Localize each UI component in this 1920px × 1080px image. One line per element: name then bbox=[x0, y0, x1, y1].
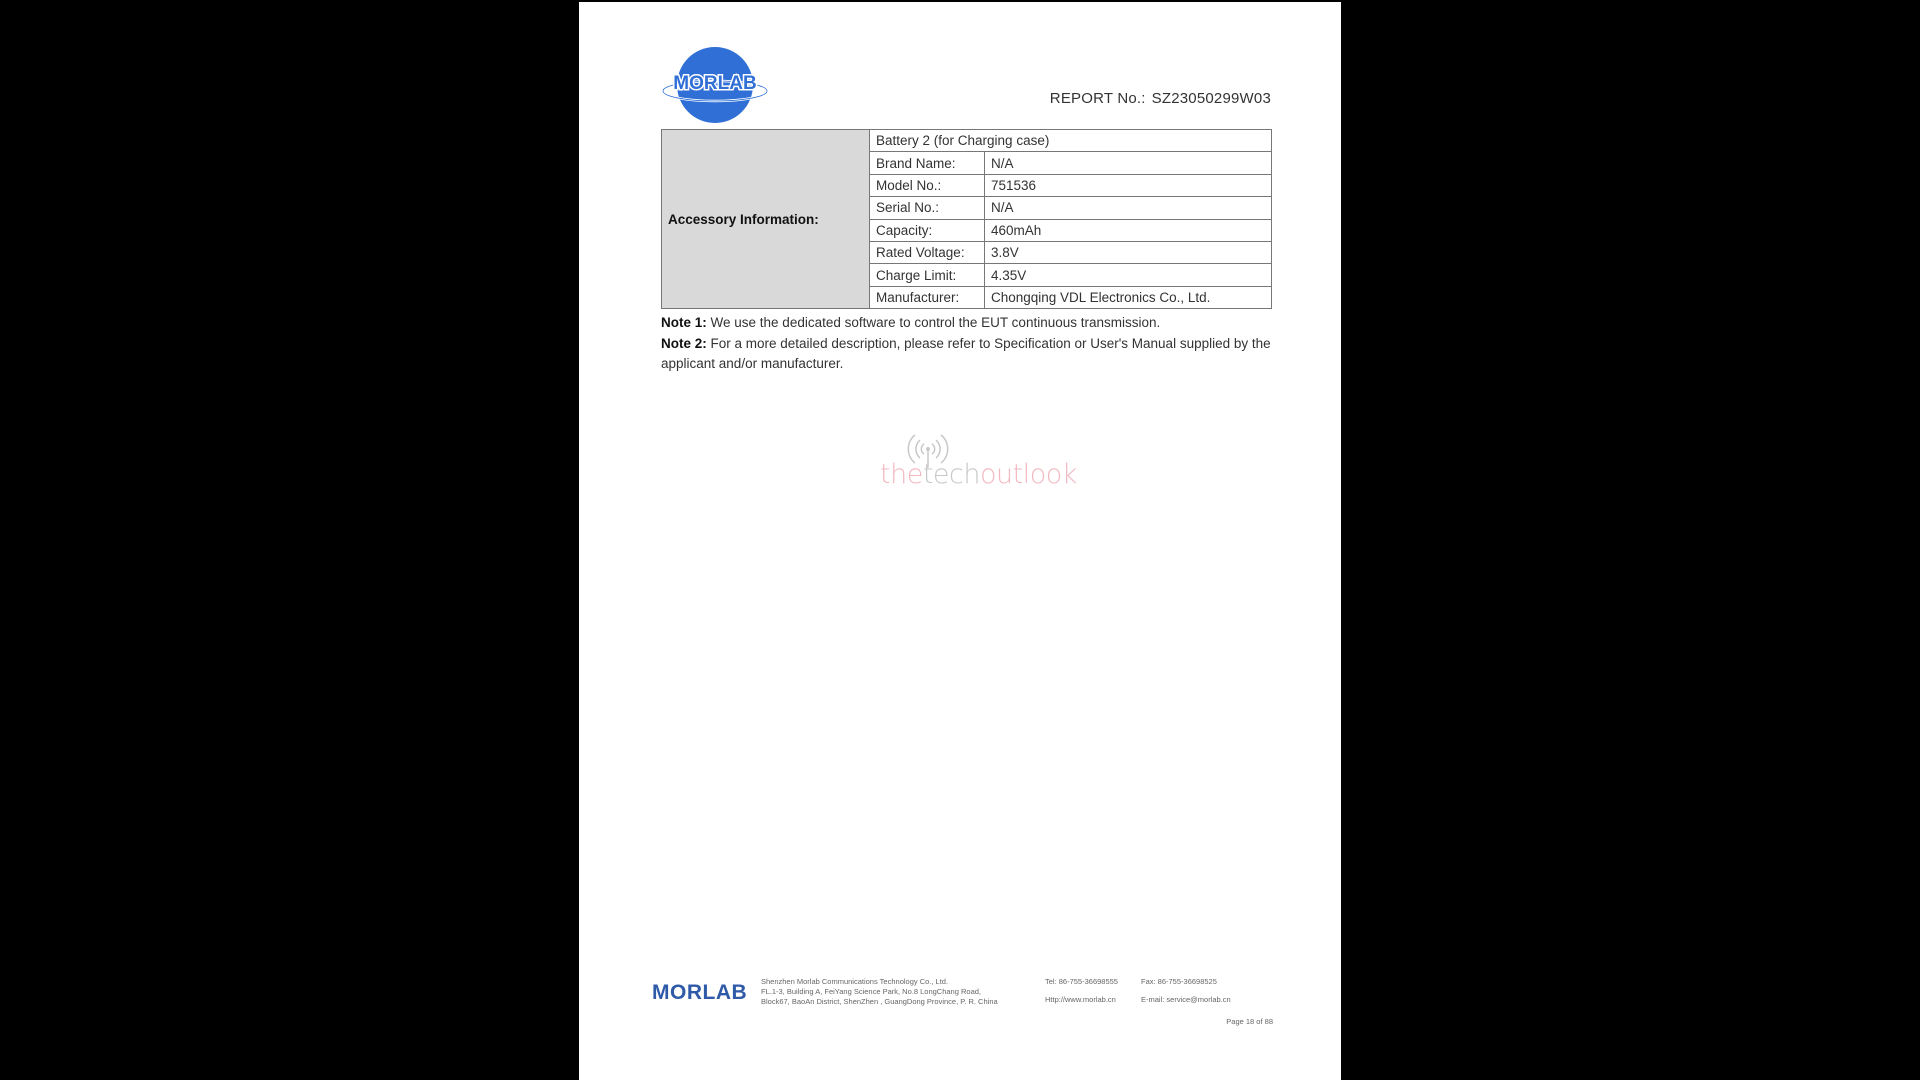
svg-text:MORLAB: MORLAB bbox=[673, 73, 756, 94]
footer-address: Shenzhen Morlab Communications Technolog… bbox=[761, 977, 998, 1007]
row-value: 4.35V bbox=[985, 264, 1272, 286]
note-label: Note 1: bbox=[661, 315, 707, 330]
footer-logo: MORLAB bbox=[652, 981, 747, 1005]
row-label: Serial No.: bbox=[870, 197, 985, 219]
note-2: Note 2: For a more detailed description,… bbox=[661, 334, 1276, 375]
row-label: Charge Limit: bbox=[870, 264, 985, 286]
note-1: Note 1: We use the dedicated software to… bbox=[661, 313, 1276, 334]
row-value: 751536 bbox=[985, 174, 1272, 196]
report-number: REPORT No.:SZ23050299W03 bbox=[1050, 90, 1271, 107]
row-value: N/A bbox=[985, 152, 1272, 174]
accessory-info-table: Accessory Information: Battery 2 (for Ch… bbox=[661, 129, 1272, 309]
watermark-text: thetechoutlook bbox=[880, 459, 1077, 490]
document-page: MORLAB REPORT No.:SZ23050299W03 Accessor… bbox=[579, 2, 1341, 1080]
row-value: Chongqing VDL Electronics Co., Ltd. bbox=[985, 286, 1272, 308]
notes: Note 1: We use the dedicated software to… bbox=[661, 313, 1276, 375]
watermark: thetechoutlook bbox=[880, 432, 1050, 492]
morlab-logo: MORLAB bbox=[662, 45, 772, 125]
accessory-title: Battery 2 (for Charging case) bbox=[870, 130, 1272, 152]
report-number-label: REPORT No.: bbox=[1050, 90, 1146, 107]
footer-email-link[interactable]: E-mail: service@morlab.cn bbox=[1141, 995, 1231, 1004]
page-number: Page 18 of 88 bbox=[1226, 1017, 1273, 1026]
note-label: Note 2: bbox=[661, 336, 707, 351]
row-value: 3.8V bbox=[985, 241, 1272, 263]
row-label: Model No.: bbox=[870, 174, 985, 196]
row-label: Manufacturer: bbox=[870, 286, 985, 308]
footer-tel: Tel: 86-755-36698555 bbox=[1045, 977, 1118, 986]
table-row: Accessory Information: Battery 2 (for Ch… bbox=[662, 130, 1272, 152]
note-text: We use the dedicated software to control… bbox=[707, 315, 1161, 330]
note-text: For a more detailed description, please … bbox=[661, 336, 1271, 372]
row-value: 460mAh bbox=[985, 219, 1272, 241]
report-number-value: SZ23050299W03 bbox=[1152, 90, 1271, 107]
footer-website-link[interactable]: Http://www.morlab.cn bbox=[1045, 995, 1116, 1004]
section-label: Accessory Information: bbox=[662, 130, 870, 309]
row-label: Capacity: bbox=[870, 219, 985, 241]
row-label: Brand Name: bbox=[870, 152, 985, 174]
footer-fax: Fax: 86-755-36698525 bbox=[1141, 977, 1217, 986]
morlab-globe-icon: MORLAB bbox=[662, 45, 772, 125]
row-label: Rated Voltage: bbox=[870, 241, 985, 263]
row-value: N/A bbox=[985, 197, 1272, 219]
